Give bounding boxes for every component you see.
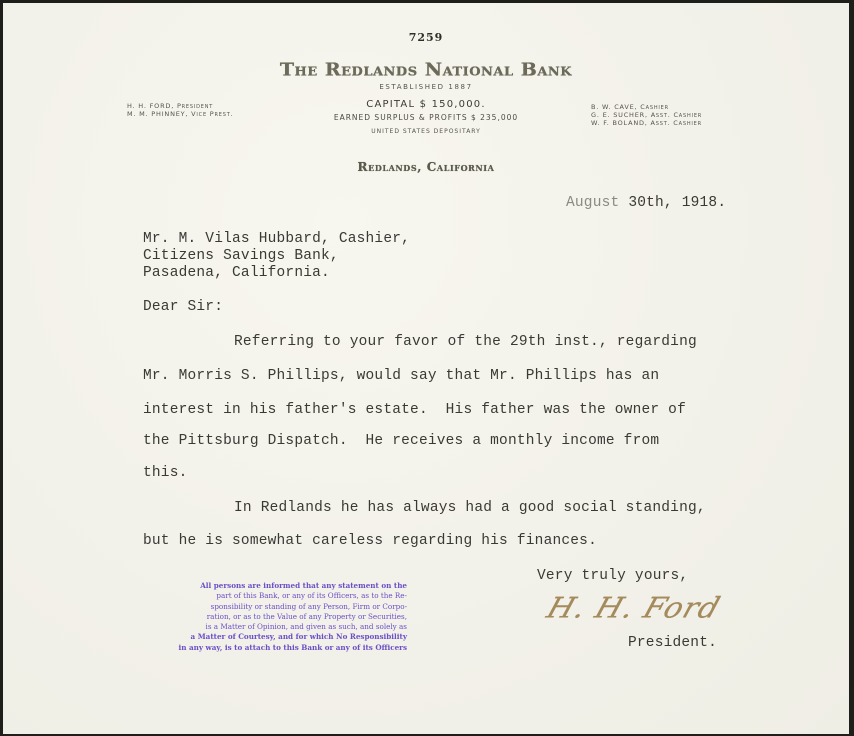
officer-name: B. W. CAVE, (591, 103, 637, 111)
officer: G. E. SUCHER, Asst. Cashier (591, 111, 702, 119)
signer-title: President. (628, 635, 717, 651)
officer: M. M. PHINNEY, Vice Prest. (127, 110, 233, 118)
body-line: Referring to your favor of the 29th inst… (234, 334, 697, 350)
officer-title: Asst. Cashier (651, 111, 702, 119)
officer-name: M. M. PHINNEY, (127, 110, 188, 118)
document-number: 7259 (3, 31, 849, 44)
recipient-line: Mr. M. Vilas Hubbard, Cashier, (143, 231, 410, 248)
stamp-line: a Matter of Courtesy, and for which No R… (152, 632, 407, 642)
letterhead-city: Redlands, California (3, 160, 849, 174)
officer-title: Cashier (640, 103, 669, 111)
recipient-line: Citizens Savings Bank, (143, 248, 339, 265)
officer-name: W. F. BOLAND, (591, 119, 648, 127)
salutation: Dear Sir: (143, 299, 223, 315)
stamp-line: sponsibility or standing of any Person, … (152, 602, 407, 612)
officer-title: Vice Prest. (191, 110, 233, 118)
body-line: the Pittsburg Dispatch. He receives a mo… (143, 433, 659, 449)
disclaimer-stamp: All persons are informed that any statem… (152, 581, 407, 653)
body-line: Mr. Morris S. Phillips, would say that M… (143, 368, 659, 384)
stamp-line: All persons are informed that any statem… (152, 581, 407, 591)
stamp-line: part of this Bank, or any of its Officer… (152, 591, 407, 601)
officer-title: President (177, 102, 213, 110)
recipient-line: Pasadena, California. (143, 265, 330, 282)
body-line: In Redlands he has always had a good soc… (234, 500, 706, 516)
stamp-line: ration, or as to the Value of any Proper… (152, 612, 407, 622)
letter-page: 7259 The Redlands National Bank ESTABLIS… (3, 3, 849, 734)
officer: B. W. CAVE, Cashier (591, 103, 702, 111)
body-line: this. (143, 465, 188, 481)
officer: W. F. BOLAND, Asst. Cashier (591, 119, 702, 127)
letter-date: August 30th, 1918. (566, 195, 726, 211)
established-line: ESTABLISHED 1887 (3, 83, 849, 91)
stamp-line: in any way, is to attach to this Bank or… (152, 643, 407, 653)
body-line: interest in his father's estate. His fat… (143, 402, 686, 418)
officer-name: H. H. FORD, (127, 102, 174, 110)
handwritten-signature: H. H. Ford (543, 592, 725, 625)
body-line: but he is somewhat careless regarding hi… (143, 533, 597, 549)
officers-right: B. W. CAVE, Cashier G. E. SUCHER, Asst. … (591, 103, 702, 127)
date-month: August (566, 195, 619, 211)
stamp-line: is a Matter of Opinion, and given as suc… (152, 622, 407, 632)
officer-title: Asst. Cashier (651, 119, 702, 127)
officer-name: G. E. SUCHER, (591, 111, 648, 119)
officers-left: H. H. FORD, President M. M. PHINNEY, Vic… (127, 102, 233, 118)
date-day-year: 30th, 1918. (619, 195, 726, 211)
officer: H. H. FORD, President (127, 102, 233, 110)
depository-line: UNITED STATES DEPOSITARY (3, 128, 849, 135)
closing: Very truly yours, (537, 568, 688, 584)
bank-name: The Redlands National Bank (3, 60, 849, 80)
